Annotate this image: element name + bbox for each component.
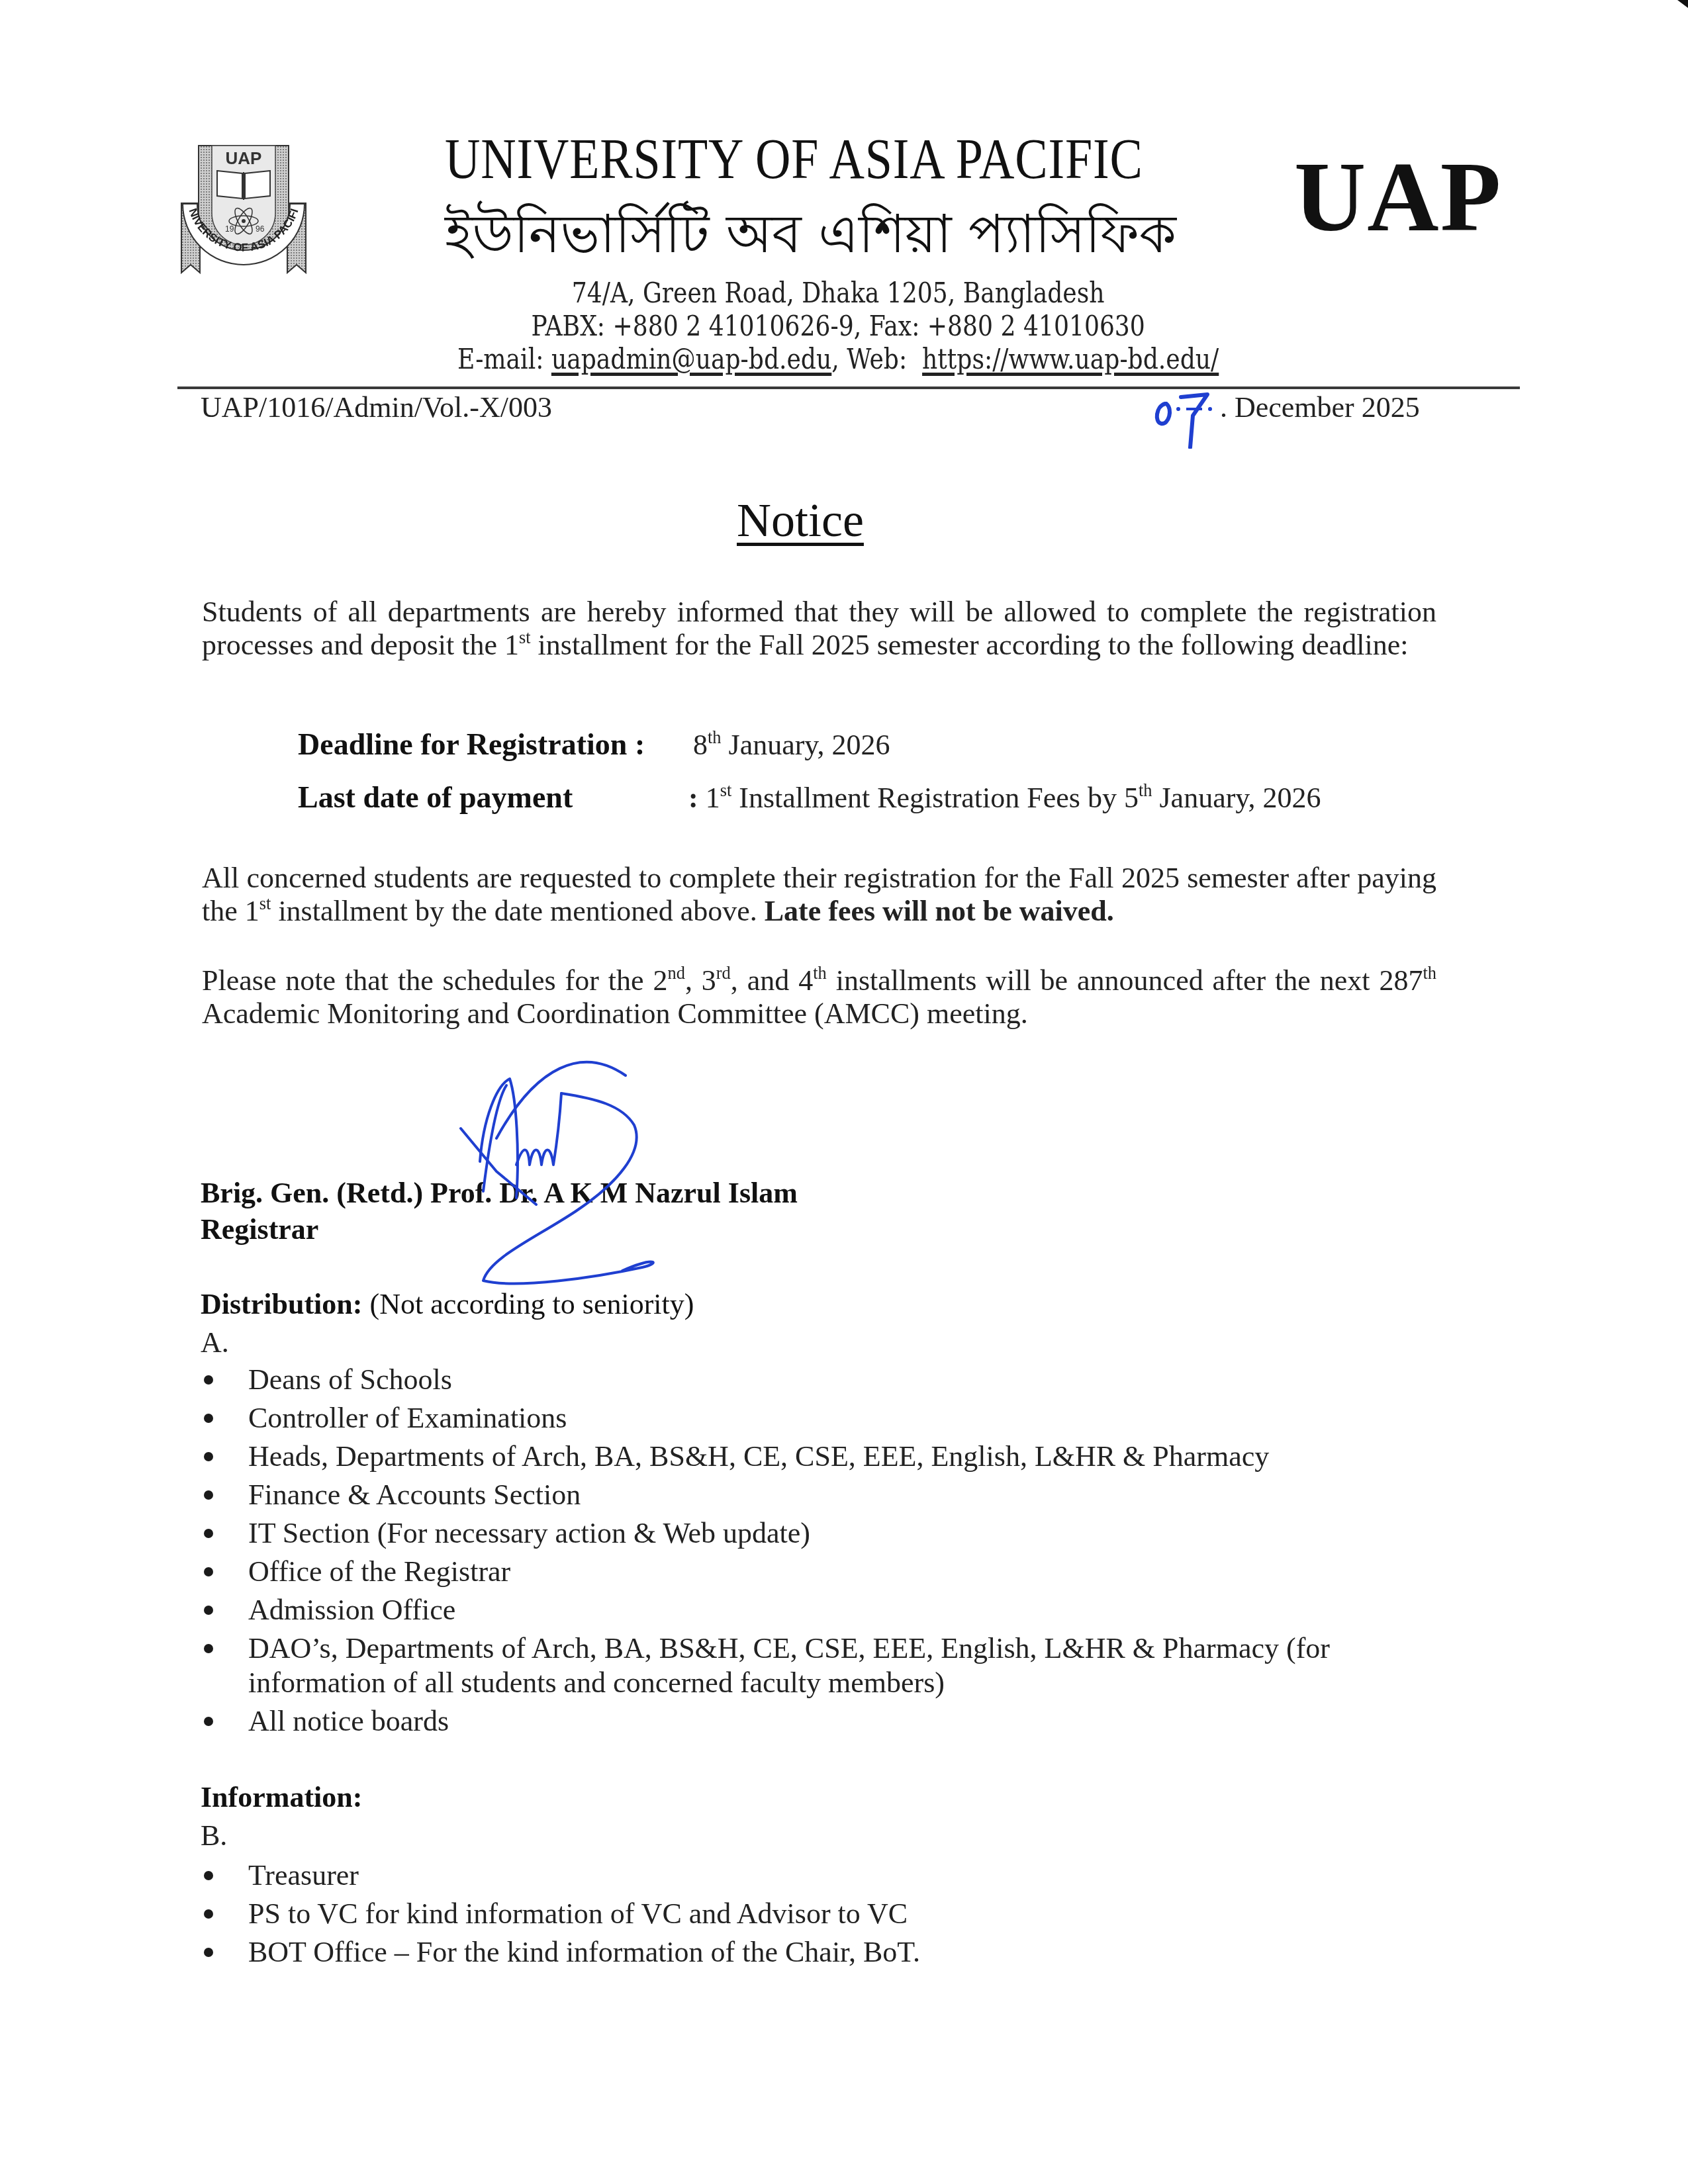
list-item: IT Section (For necessary action & Web u…: [201, 1514, 1445, 1553]
list-item: Office of the Registrar: [201, 1553, 1445, 1591]
late-fees-warning: Late fees will not be waived.: [765, 895, 1114, 927]
university-short-name: UAP: [1294, 140, 1502, 254]
bullet-icon: [204, 1871, 213, 1880]
list-item: Finance & Accounts Section: [201, 1476, 1445, 1514]
phone-fax-line: PABX: +880 2 41010626-9, Fax: +880 2 410…: [113, 310, 1564, 342]
contact-line: E-mail: uapadmin@uap-bd.edu, Web: https:…: [113, 343, 1564, 375]
notice-title: Notice: [737, 493, 864, 548]
web-label: Web:: [847, 343, 907, 375]
list-item: Controller of Examinations: [201, 1399, 1445, 1437]
bullet-icon: [204, 1567, 213, 1576]
information-heading: Information:: [201, 1780, 362, 1814]
email-link[interactable]: uapadmin@uap-bd.edu: [551, 343, 831, 375]
distribution-group-label: A.: [201, 1326, 229, 1359]
bullet-icon: [204, 1375, 213, 1385]
list-item: BOT Office – For the kind information of…: [201, 1933, 1445, 1972]
list-item: Heads, Departments of Arch, BA, BS&H, CE…: [201, 1437, 1445, 1476]
list-item: Treasurer: [201, 1856, 1445, 1895]
information-list: Treasurer PS to VC for kind information …: [201, 1856, 1445, 1972]
bullet-icon: [204, 1948, 213, 1957]
reference-number: UAP/1016/Admin/Vol.-X/003: [201, 390, 552, 424]
scan-corner-mark: [1675, 0, 1688, 9]
university-name-english: UNIVERSITY OF ASIA PACIFIC: [445, 126, 1057, 192]
bullet-icon: [204, 1414, 213, 1423]
bullet-icon: [204, 1606, 213, 1615]
svg-text:UAP: UAP: [226, 148, 262, 168]
list-item: Admission Office: [201, 1591, 1445, 1629]
svg-text:19: 19: [225, 224, 234, 234]
list-item: PS to VC for kind information of VC and …: [201, 1895, 1445, 1933]
distribution-list: Deans of Schools Controller of Examinati…: [201, 1361, 1445, 1741]
notice-date: . December 2025: [1220, 390, 1420, 424]
deadline-registration-label: Deadline for Registration :: [298, 727, 645, 762]
address-line: 74/A, Green Road, Dhaka 1205, Bangladesh: [113, 277, 1564, 309]
university-name-bengali: ইউনিভার্সিটি অব এশিয়া প্যাসিফিক: [445, 193, 1156, 282]
bullet-icon: [204, 1909, 213, 1919]
installments-paragraph: Please note that the schedules for the 2…: [202, 964, 1436, 1030]
deadline-payment-label: Last date of payment: [298, 780, 573, 815]
deadline-registration-value: 8th January, 2026: [693, 728, 890, 762]
comma: ,: [831, 343, 839, 375]
bullet-icon: [204, 1717, 213, 1726]
distribution-heading: Distribution: (Not according to seniorit…: [201, 1287, 694, 1321]
bullet-icon: [204, 1529, 213, 1538]
registration-paragraph: All concerned students are requested to …: [202, 862, 1436, 928]
signatory-title: Registrar: [201, 1212, 318, 1246]
list-item: Deans of Schools: [201, 1361, 1445, 1399]
bullet-icon: [204, 1644, 213, 1653]
university-crest-icon: UAP 19 96 UNIVERSITY OF ASIA PACIFIC: [173, 140, 314, 276]
web-link[interactable]: https://www.uap-bd.edu/: [922, 343, 1219, 375]
list-item: DAO’s, Departments of Arch, BA, BS&H, CE…: [201, 1629, 1445, 1702]
handwritten-day: 07: [1153, 389, 1216, 449]
email-label: E-mail:: [457, 343, 543, 375]
list-item: All notice boards: [201, 1702, 1445, 1741]
intro-paragraph: Students of all departments are hereby i…: [202, 596, 1436, 662]
deadline-payment-value: : 1st Installment Registration Fees by 5…: [688, 781, 1321, 815]
header-divider: [177, 387, 1520, 389]
bullet-icon: [204, 1452, 213, 1461]
svg-text:96: 96: [256, 224, 265, 234]
information-group-label: B.: [201, 1819, 227, 1852]
bullet-icon: [204, 1490, 213, 1500]
signature-icon: [424, 1039, 702, 1297]
